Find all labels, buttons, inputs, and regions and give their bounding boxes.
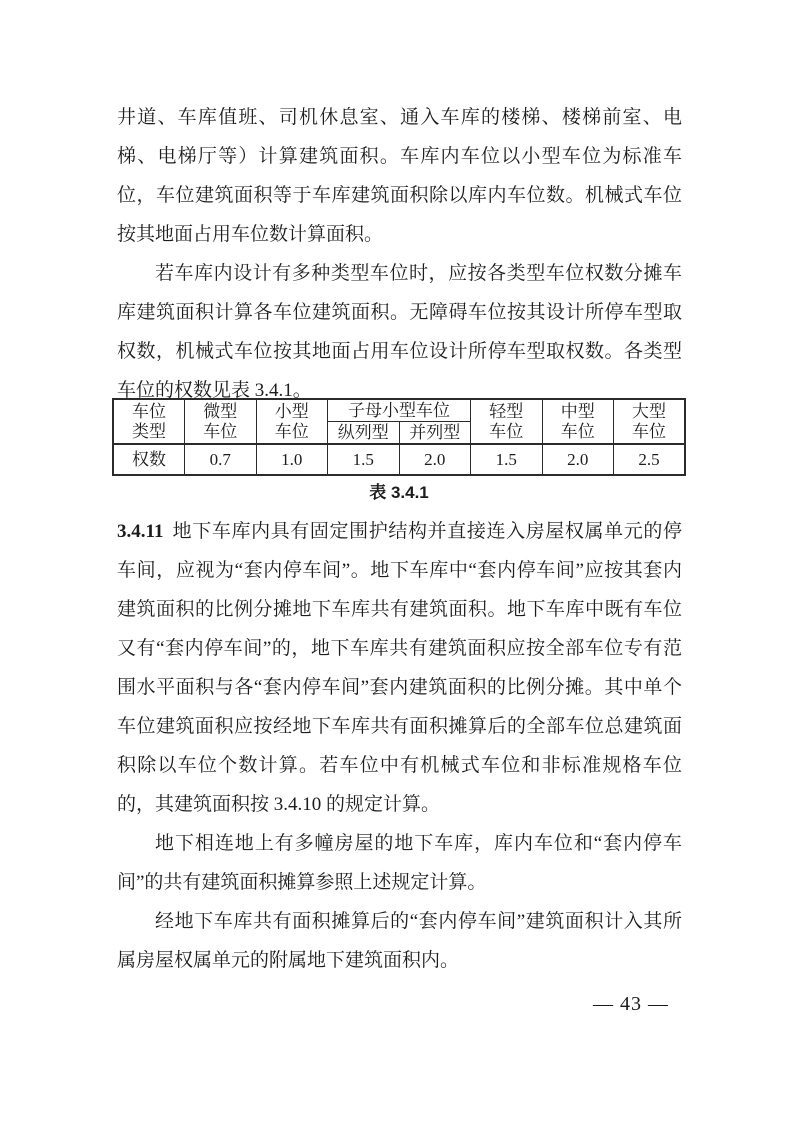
paragraph-multi-building: 地下相连地上有多幢房屋的地下车库，库内车位和“套内停车间”的共有建筑面积摊算参照… [117,824,682,902]
table-caption: 表 3.4.1 [112,483,686,503]
header-group-child-mother: 子母小型车位 [328,399,471,422]
weight-large: 2.5 [614,444,686,475]
header-col-light: 轻型 车位 [471,399,543,444]
section-3-4-11: 3.4.11地下车库内具有固定围护结构并直接连入房屋权属单元的停车间，应视为“套… [117,512,682,824]
weights-row-label: 权数 [113,444,185,475]
weight-micro: 0.7 [185,444,257,475]
paragraph-area-attribution: 经地下车库共有面积摊算后的“套内停车间”建筑面积计入其所属房屋权属单元的附属地下… [117,902,682,980]
header-subcol-parallel: 并列型 [399,422,471,445]
paragraph-garage-area-continuation: 井道、车库值班、司机休息室、通入车库的楼梯、楼梯前室、电梯、电梯厅等）计算建筑面… [117,98,682,254]
corner-line-2: 类型 [114,422,184,442]
section-text: 地下车库内具有固定围护结构并直接连入房屋权属单元的停车间，应视为“套内停车间”。… [117,521,682,815]
weight-tandem: 1.5 [328,444,400,475]
weight-parallel: 2.0 [399,444,471,475]
text-column: 井道、车库值班、司机休息室、通入车库的楼梯、楼梯前室、电梯、电梯厅等）计算建筑面… [117,98,682,980]
header-col-micro-line-2: 车位 [185,422,256,442]
weight-small: 1.0 [256,444,328,475]
section-number: 3.4.11 [117,521,163,542]
paragraph-parking-type-weights: 若车库内设计有多种类型车位时，应按各类型车位权数分摊车库建筑面积计算各车位建筑面… [117,254,682,410]
header-col-medium: 中型 车位 [542,399,614,444]
header-col-medium-line-1: 中型 [543,402,614,422]
header-col-light-line-1: 轻型 [471,402,542,422]
page-number: — 43 — [593,993,669,1015]
header-col-light-line-2: 车位 [471,422,542,442]
header-col-large-line-1: 大型 [614,402,684,422]
header-col-small-line-2: 车位 [257,422,328,442]
document-page: { "content": { "para_continuation": "井道、… [0,0,793,1122]
table-weights-row: 权数 0.7 1.0 1.5 2.0 1.5 2.0 2.5 [113,444,685,475]
page-background: 井道、车库值班、司机休息室、通入车库的楼梯、楼梯前室、电梯、电梯厅等）计算建筑面… [0,0,793,1122]
header-col-medium-line-2: 车位 [543,422,614,442]
header-col-large-line-2: 车位 [614,422,684,442]
header-subcol-tandem: 纵列型 [328,422,400,445]
weight-light: 1.5 [471,444,543,475]
header-col-large: 大型 车位 [614,399,686,444]
weight-medium: 2.0 [542,444,614,475]
